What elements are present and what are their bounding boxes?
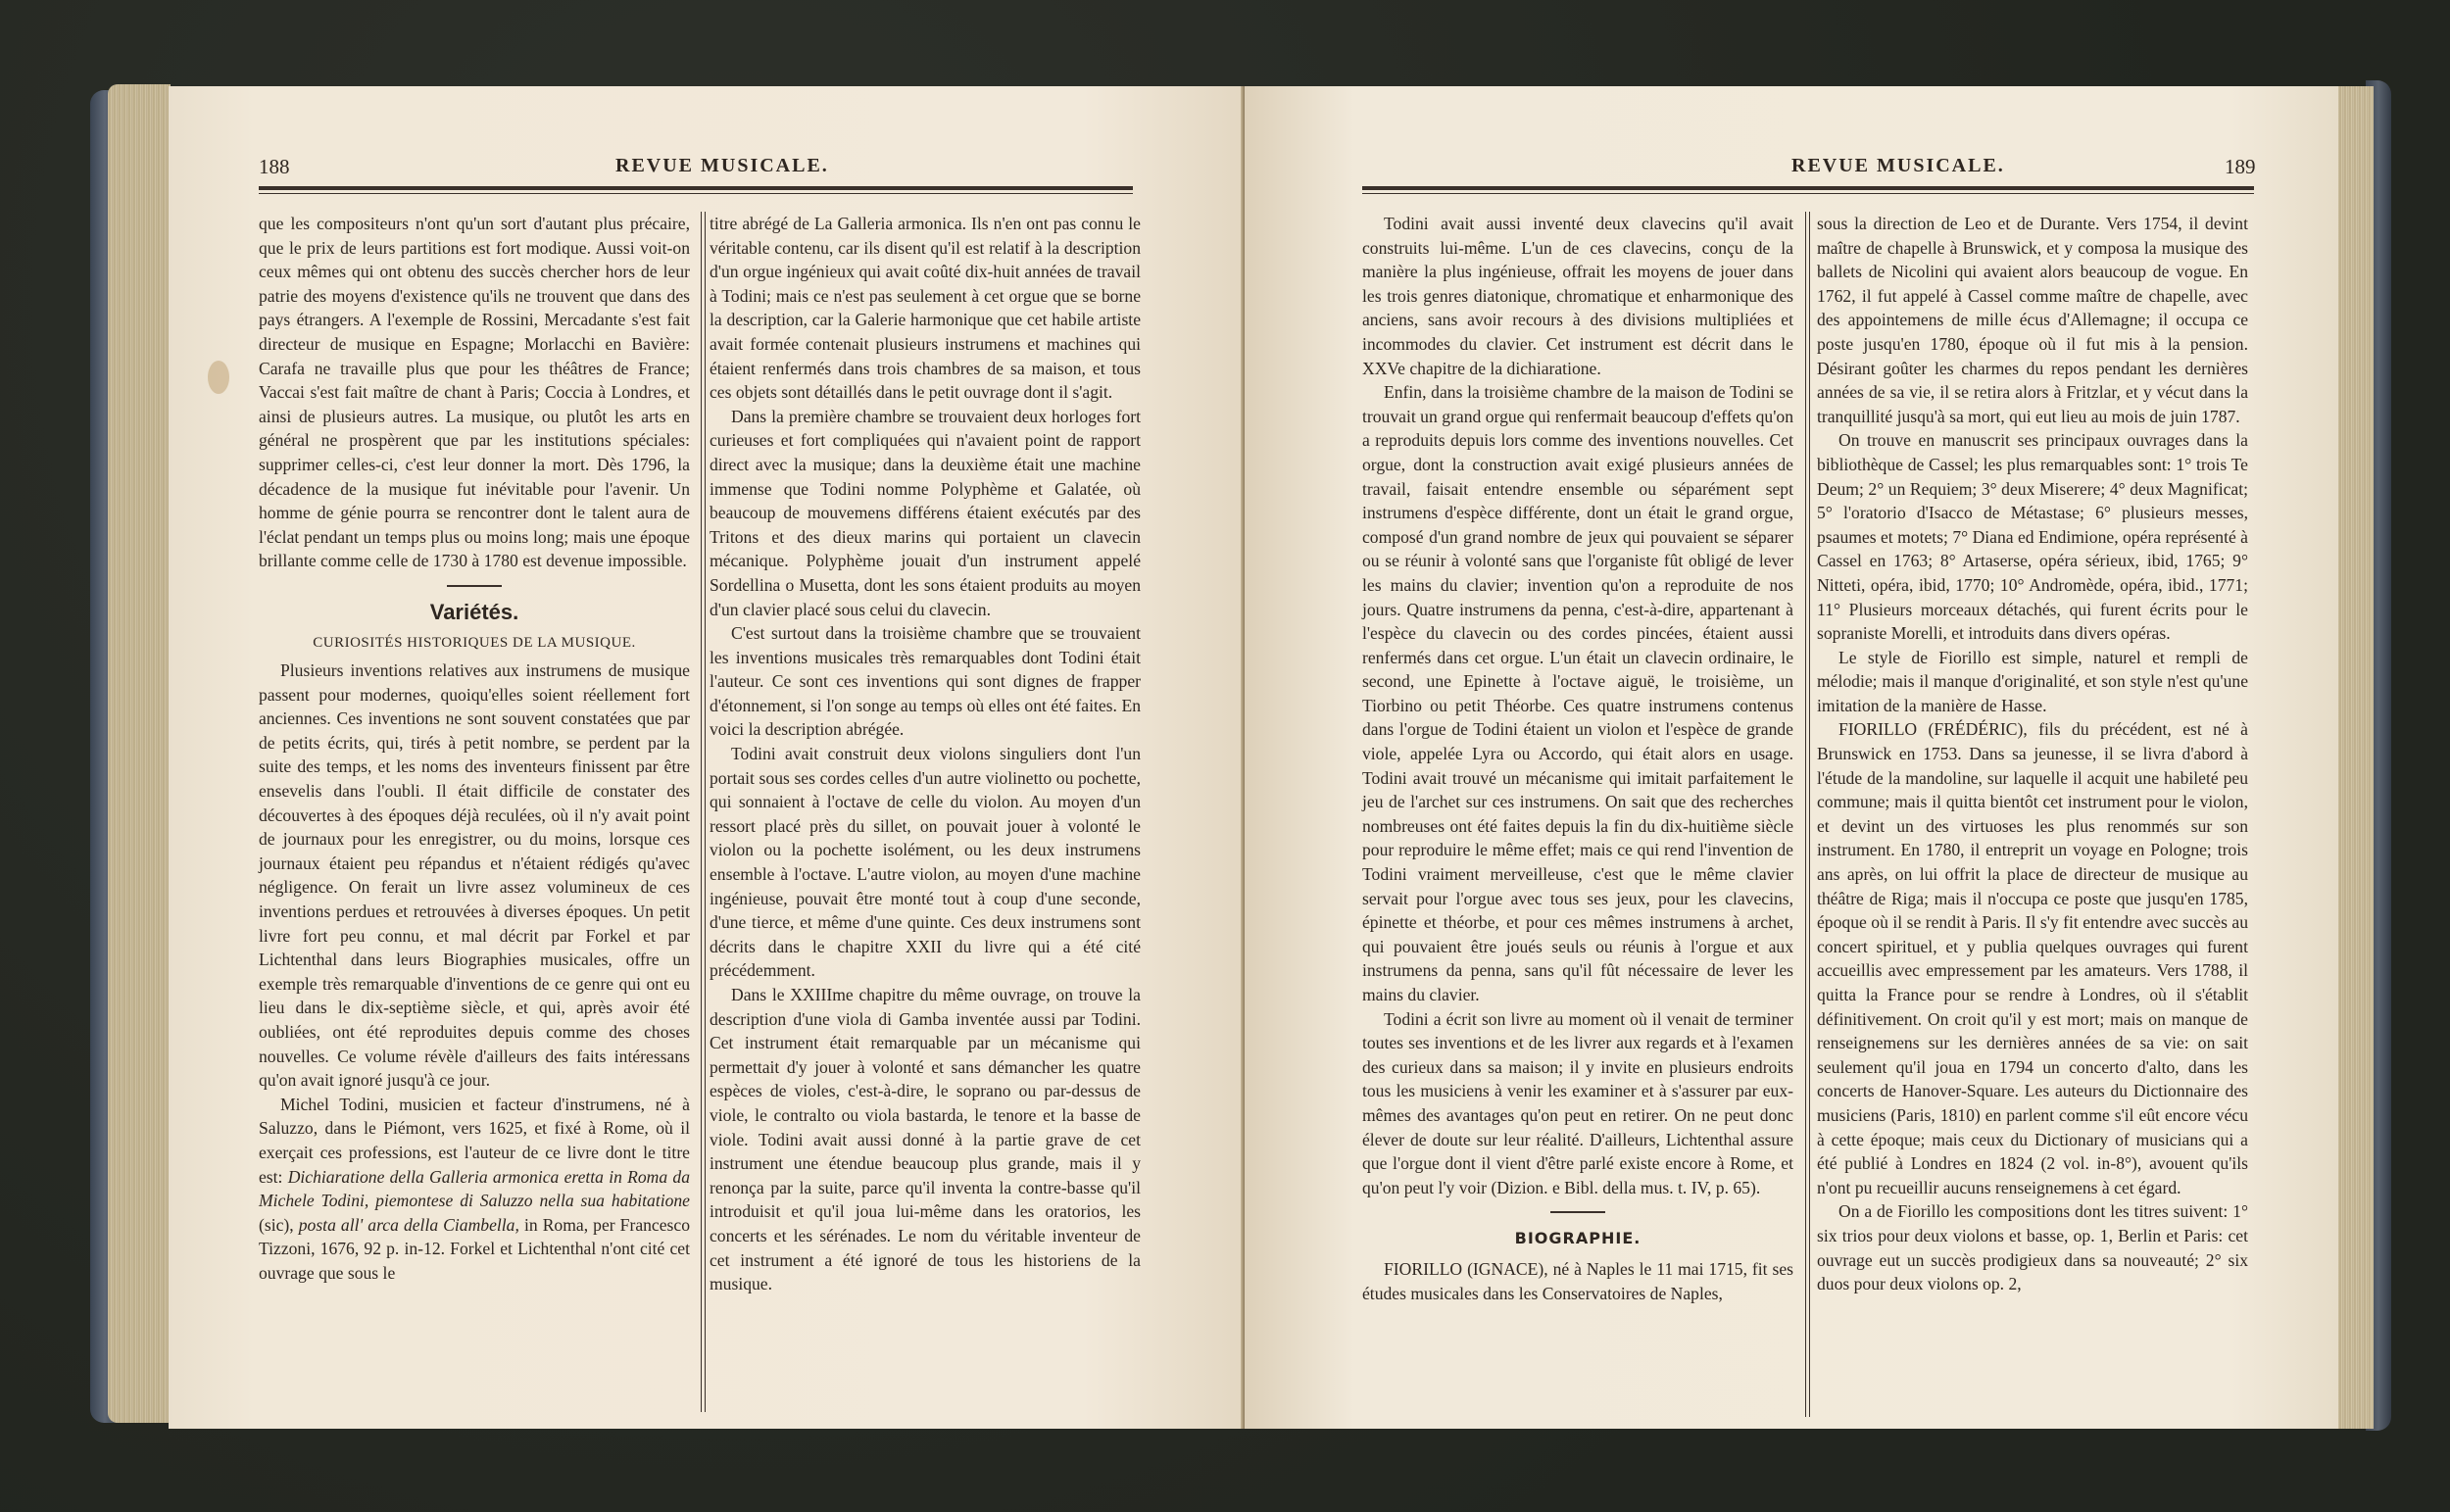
page-number: 188: [259, 155, 290, 179]
header-rule: [259, 186, 1133, 194]
section-divider: [1550, 1211, 1605, 1213]
paragraph: Enfin, dans la troisième chambre de la m…: [1362, 380, 1793, 1006]
paragraph: On a de Fiorillo les compositions dont l…: [1817, 1199, 2248, 1295]
column-2: titre abrégé de La Galleria armonica. Il…: [710, 212, 1141, 1296]
running-title: REVUE MUSICALE.: [1791, 155, 2005, 177]
right-page: REVUE MUSICALE. 189 Todini avait aussi i…: [1245, 86, 2338, 1429]
paper-stain: [208, 361, 229, 394]
open-book: 188 REVUE MUSICALE. que les compositeurs…: [90, 80, 2391, 1433]
section-title: BIOGRAPHIE.: [1362, 1227, 1793, 1251]
section-subtitle: CURIOSITÉS HISTORIQUES DE LA MUSIQUE.: [259, 631, 690, 656]
left-page: 188 REVUE MUSICALE. que les compositeurs…: [169, 86, 1245, 1429]
paragraph: Dans le XXIIIme chapitre du même ouvrage…: [710, 983, 1141, 1296]
header-rule: [1362, 186, 2254, 194]
book-title-italic: Dichiaratione della Galleria armonica er…: [259, 1167, 690, 1211]
running-title: REVUE MUSICALE.: [615, 155, 829, 177]
section-divider: [447, 585, 502, 587]
paragraph: Le style de Fiorillo est simple, naturel…: [1817, 646, 2248, 718]
text-run: (sic),: [259, 1215, 294, 1235]
column-separator: [1805, 212, 1810, 1417]
paragraph: FIORILLO (FRÉDÉRIC), fils du précédent, …: [1817, 717, 2248, 1199]
paragraph: C'est surtout dans la troisième chambre …: [710, 621, 1141, 742]
section-title: Variétés.: [259, 601, 690, 625]
column-3: Todini avait aussi inventé deux clavecin…: [1362, 212, 1793, 1305]
column-4: sous la direction de Leo et de Durante. …: [1817, 212, 2248, 1296]
paragraph: On trouve en manuscrit ses principaux ou…: [1817, 428, 2248, 645]
page-number: 189: [2225, 155, 2256, 179]
paragraph: Todini avait construit deux violons sing…: [710, 742, 1141, 983]
page-edges-left: [108, 84, 171, 1423]
paragraph: Dans la première chambre se trouvaient d…: [710, 405, 1141, 621]
paragraph: Todini a écrit son livre au moment où il…: [1362, 1007, 1793, 1200]
paragraph: Todini avait aussi inventé deux clavecin…: [1362, 212, 1793, 380]
paragraph: que les compositeurs n'ont qu'un sort d'…: [259, 212, 690, 573]
paragraph: titre abrégé de La Galleria armonica. Il…: [710, 212, 1141, 405]
address-italic: posta all' arca della Ciambella,: [299, 1215, 519, 1235]
column-1: que les compositeurs n'ont qu'un sort d'…: [259, 212, 690, 1286]
paragraph: FIORILLO (IGNACE), né à Naples le 11 mai…: [1362, 1257, 1793, 1305]
paragraph: sous la direction de Leo et de Durante. …: [1817, 212, 2248, 428]
page-edges-right: [2338, 86, 2374, 1429]
column-separator: [701, 212, 706, 1412]
paragraph: Michel Todini, musicien et facteur d'ins…: [259, 1093, 690, 1286]
paragraph: Plusieurs inventions relatives aux instr…: [259, 658, 690, 1093]
